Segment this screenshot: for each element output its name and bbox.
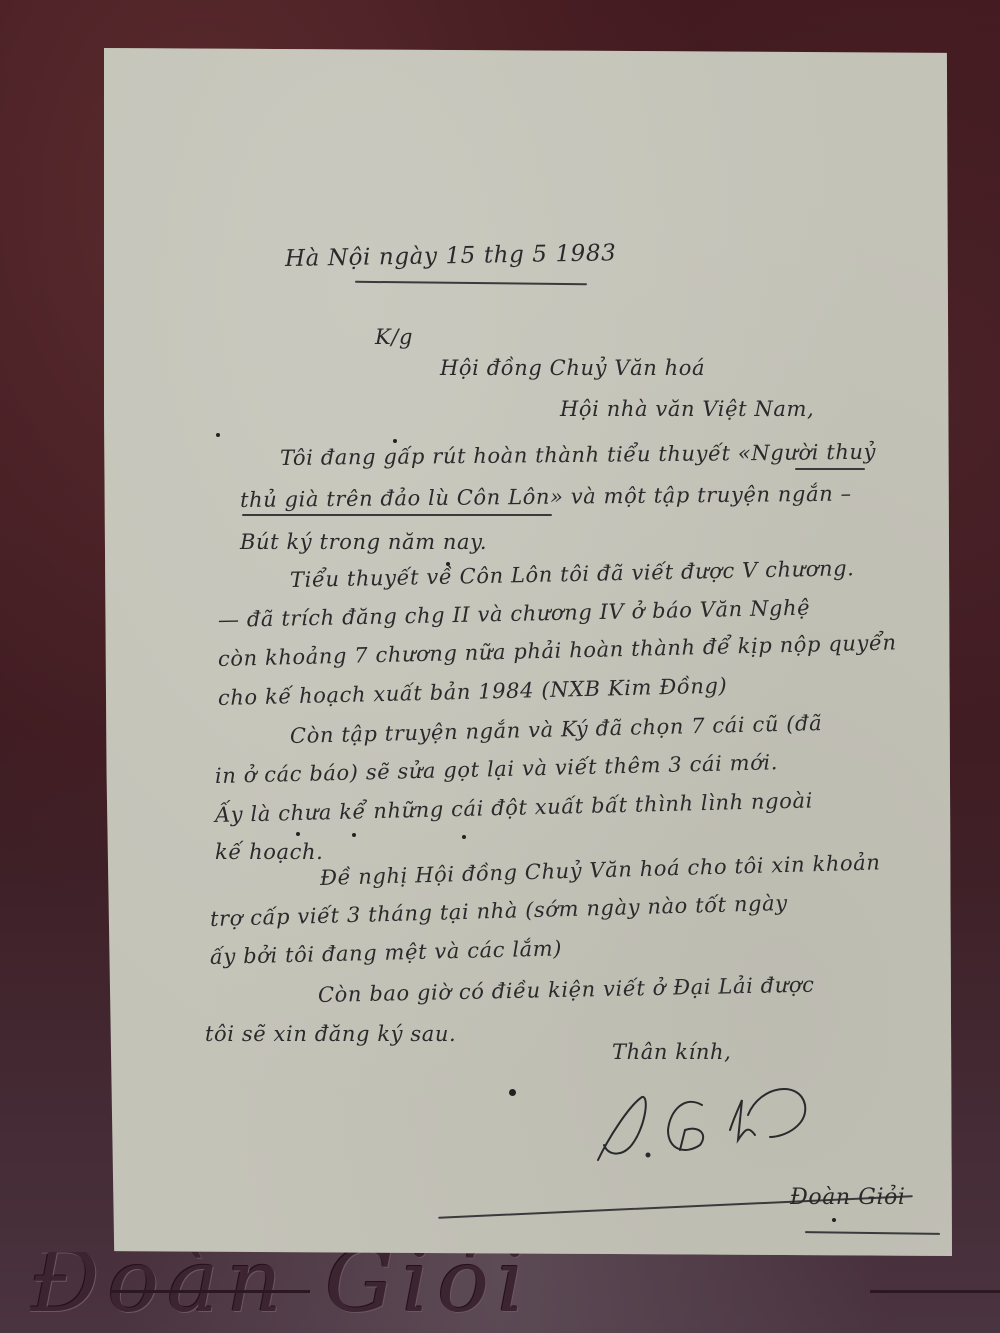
title-underline bbox=[242, 514, 552, 516]
closing-text: Thân kính, bbox=[612, 1040, 731, 1064]
embossed-rule bbox=[870, 1290, 1000, 1293]
ink-dot bbox=[509, 1089, 516, 1096]
ink-dot bbox=[393, 439, 397, 443]
embossed-rule bbox=[110, 1290, 310, 1293]
ink-dot bbox=[296, 832, 300, 836]
body-line: Bút ký trong năm nay. bbox=[240, 530, 487, 554]
ink-dot bbox=[832, 1218, 836, 1222]
ink-dot bbox=[216, 433, 220, 437]
body-line: tôi sẽ xin đăng ký sau. bbox=[205, 1022, 456, 1046]
ink-dot bbox=[462, 835, 466, 839]
body-line: kế hoạch. bbox=[215, 840, 323, 864]
recipient-line-2: Hội nhà văn Việt Nam, bbox=[560, 397, 814, 421]
recipient-prefix: K/g bbox=[375, 325, 413, 349]
signature-mark bbox=[590, 1075, 830, 1165]
recipient-line-1: Hội đồng Chuỷ Văn hoá bbox=[440, 356, 705, 380]
ink-dot bbox=[446, 562, 450, 566]
signer-name: Đoàn Giỏi bbox=[790, 1185, 906, 1210]
title-underline bbox=[795, 468, 865, 470]
ink-dot bbox=[352, 833, 356, 837]
